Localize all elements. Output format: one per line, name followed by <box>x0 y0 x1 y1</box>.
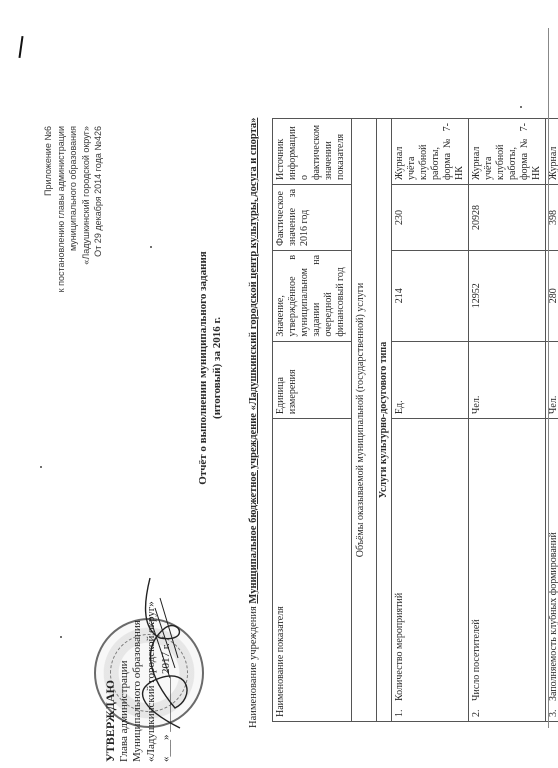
scan-edge-line <box>548 28 549 728</box>
annex-line: От 29 декабря 2014 года №426 <box>92 126 105 336</box>
indicator-name-cell: 2.Число посетителей <box>469 419 546 722</box>
institution-line: Наименование учреждения Муниципальное бю… <box>248 28 259 728</box>
planned-value-cell: 12952 <box>469 250 546 341</box>
header-indicator-name: Наименование показателя <box>273 419 352 722</box>
group-title: Услуги культурно-досугового типа <box>377 119 392 722</box>
header-source: Источник информации о фактическом значен… <box>273 119 352 185</box>
institution-label: Наименование учреждения <box>248 606 259 728</box>
header-actual-value: Фактическое значение за 2016 год <box>273 184 352 250</box>
header-planned-value: Значение, утверждённое в муниципальном з… <box>273 250 352 341</box>
source-cell: Журнал учёта клубной работы, форма № 7-Н… <box>469 119 546 185</box>
header-unit: Единица измерения <box>273 341 352 418</box>
unit-cell: Ед. <box>392 341 469 418</box>
report-title-line1: Отчёт о выполнении муниципального задани… <box>196 148 210 588</box>
annex-line: к постановлению главы администрации <box>55 126 68 336</box>
indicators-table: Наименование показателя Единица измерени… <box>272 118 558 722</box>
report-title-line2: (итоговый) за 2016 г. <box>210 148 224 588</box>
indicator-name-cell: 1.Количество мероприятий <box>392 419 469 722</box>
unit-cell: Чел. <box>469 341 546 418</box>
approval-heading: УТВЕРЖДАЮ <box>104 562 118 762</box>
annex-line: муниципального образования <box>67 126 80 336</box>
table-header-row: Наименование показателя Единица измерени… <box>273 119 352 722</box>
actual-value-cell: 20928 <box>469 184 546 250</box>
report-title: Отчёт о выполнении муниципального задани… <box>196 148 224 588</box>
scan-speck <box>60 636 62 638</box>
report-year: 2016 <box>211 326 223 348</box>
annex-line: Приложение №6 <box>42 126 55 336</box>
handwritten-signature <box>120 568 200 738</box>
scan-speck <box>150 246 152 248</box>
source-cell: Журнал учёта клубной работы, форма № 7-Н… <box>392 119 469 185</box>
actual-value-cell: 230 <box>392 184 469 250</box>
group-row: Услуги культурно-досугового типа <box>377 119 392 722</box>
planned-value-cell: 214 <box>392 250 469 341</box>
annex-line: «Ладушкинский городской округ» <box>80 126 93 336</box>
scan-artifact-mark <box>18 36 23 58</box>
scan-speck <box>520 106 522 108</box>
section-row: Объёмы оказываемой муниципальной (госуда… <box>352 119 377 722</box>
scanned-document-page: Приложение №6 к постановлению главы адми… <box>0 0 558 768</box>
scan-speck <box>40 466 42 468</box>
table-row: 1.Количество мероприятий Ед. 214 230 Жур… <box>392 119 469 722</box>
annex-block: Приложение №6 к постановлению главы адми… <box>42 126 105 336</box>
table-row: 2.Число посетителей Чел. 12952 20928 Жур… <box>469 119 546 722</box>
section-title: Объёмы оказываемой муниципальной (госуда… <box>352 119 377 722</box>
institution-name: Муниципальное бюджетное учреждение «Ладу… <box>248 118 259 604</box>
